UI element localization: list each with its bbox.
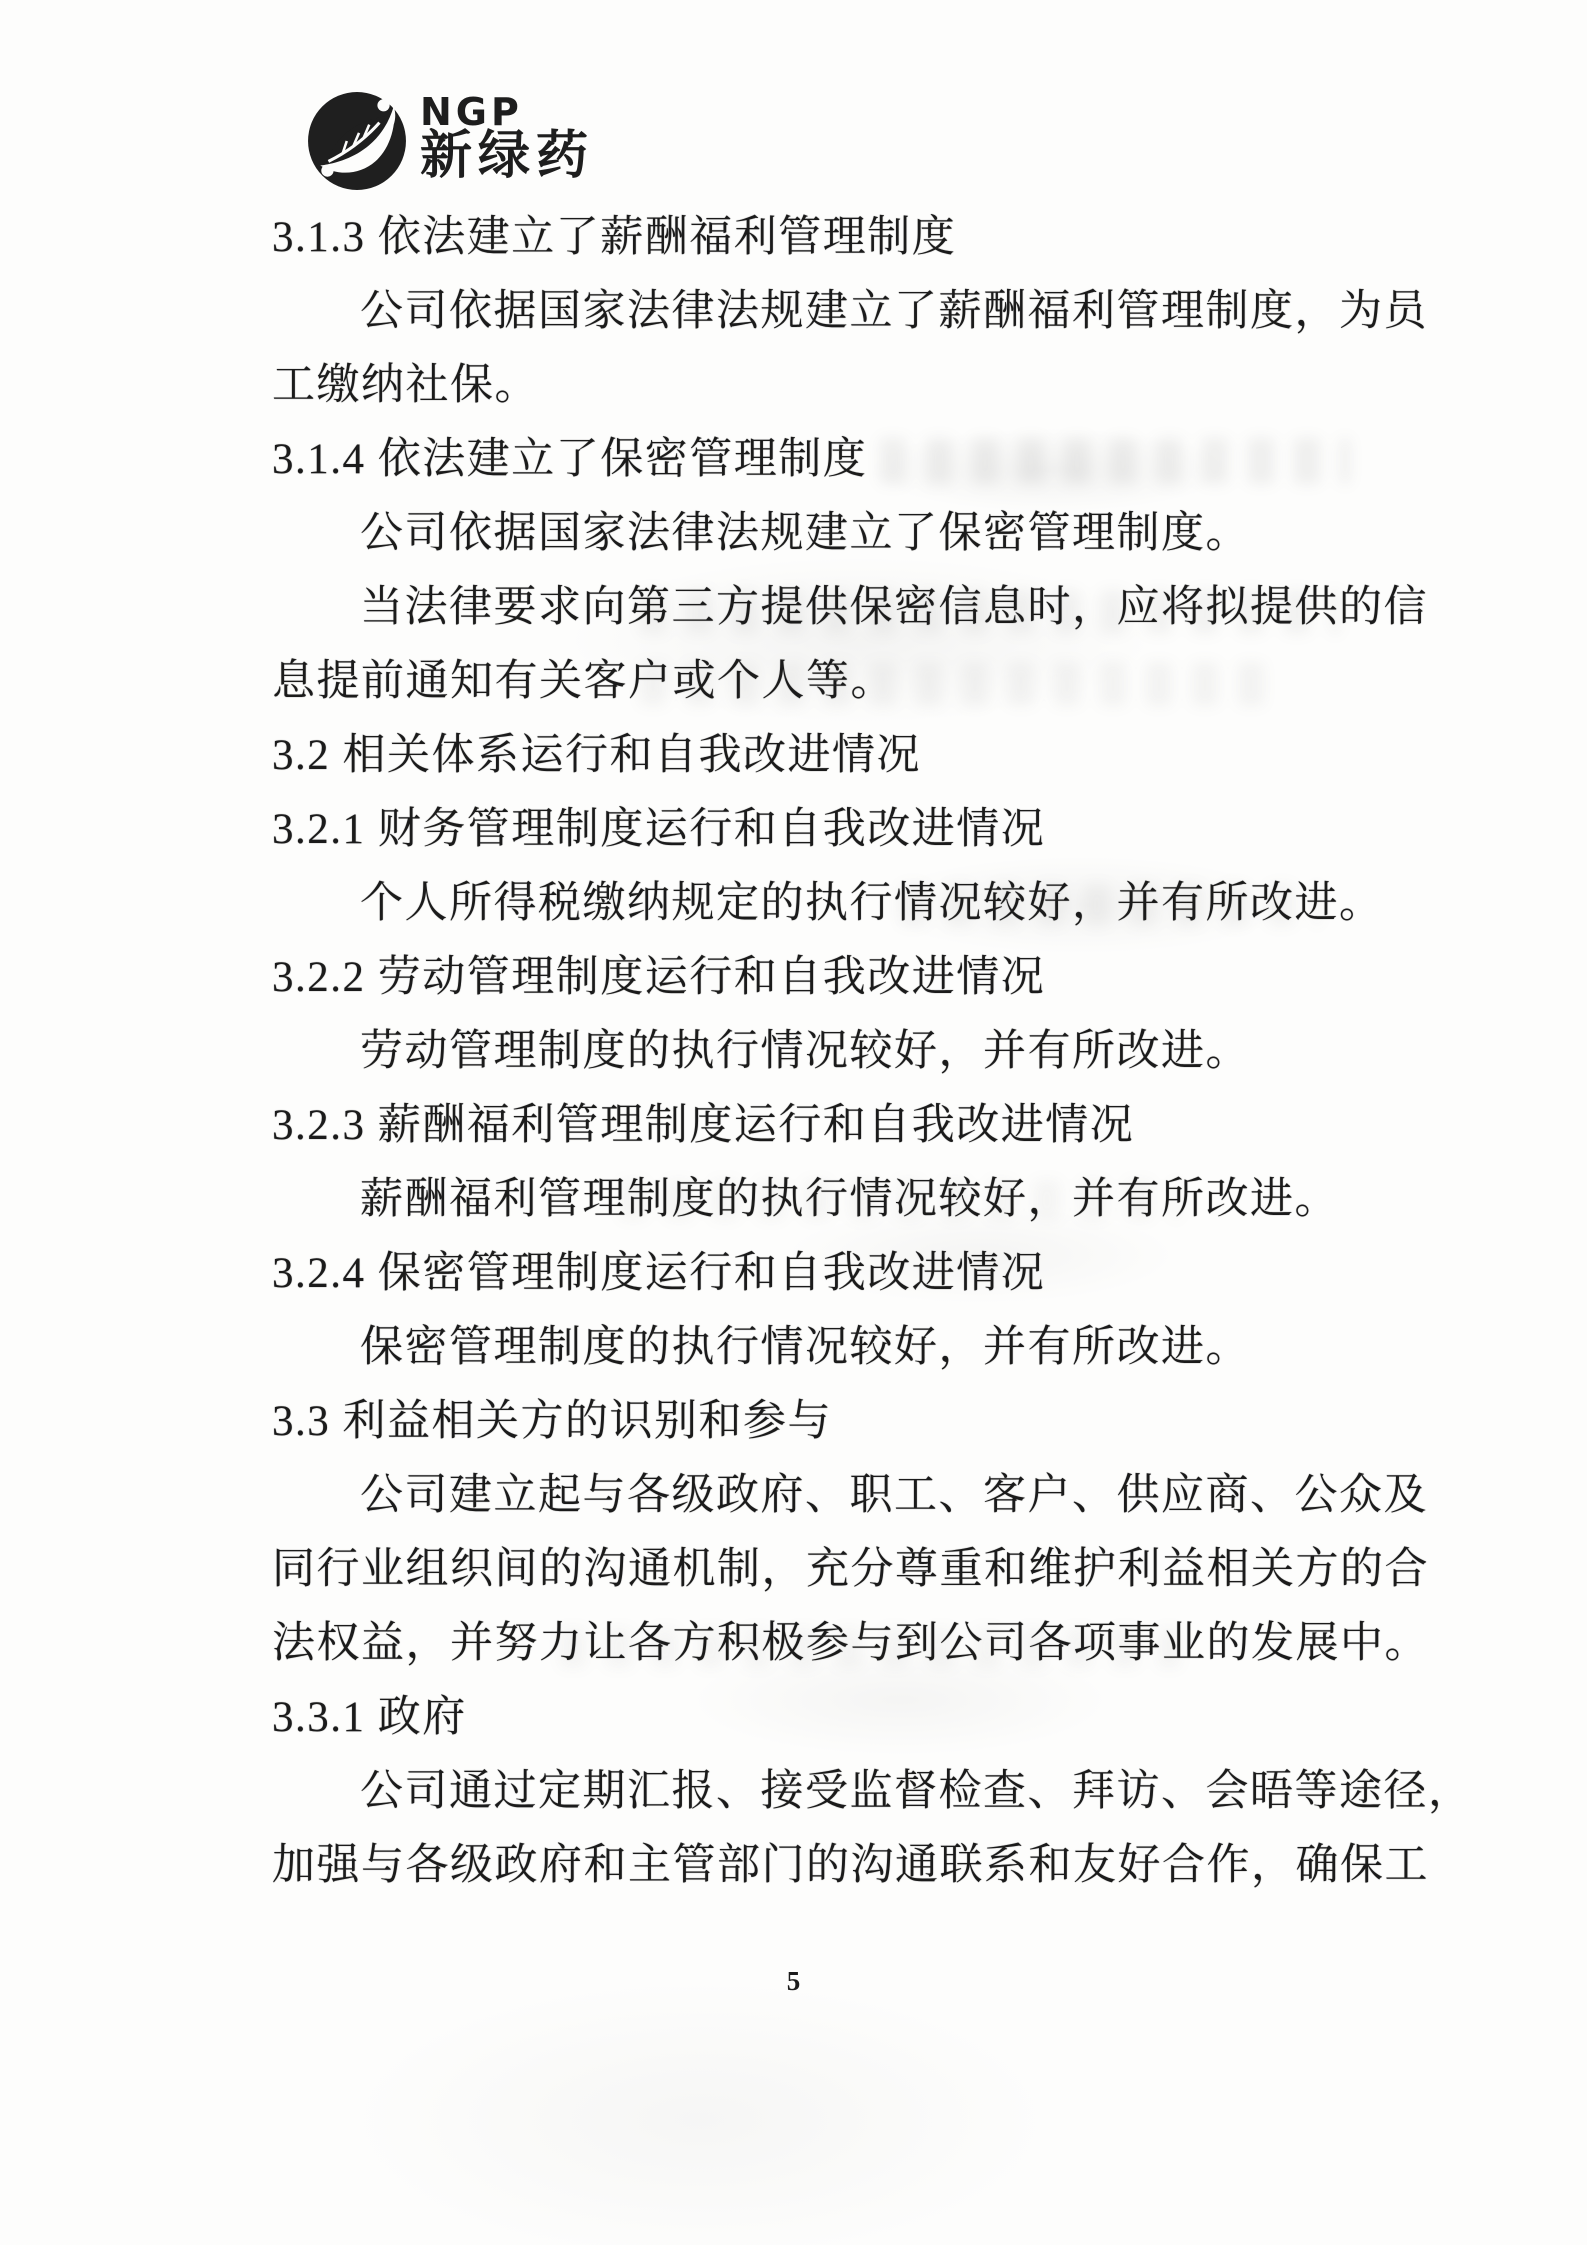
scanned-document-page: NGP 新绿药 3.1.3 依法建立了薪酬福利管理制度公司依据国家法律法规建立了… — [0, 0, 1587, 2245]
body-line: 公司建立起与各级政府、职工、客户、供应商、公众及 — [272, 1454, 1392, 1528]
body-line: 公司通过定期汇报、接受监督检查、拜访、会晤等途径， — [272, 1750, 1392, 1824]
logo-brand-acronym: NGP — [420, 94, 594, 130]
ngp-leaf-logo-icon — [306, 90, 408, 192]
body-line: 劳动管理制度的执行情况较好，并有所改进。 — [272, 1010, 1392, 1084]
heading-line: 3.2.4 保密管理制度运行和自我改进情况 — [272, 1232, 1392, 1306]
body-line: 公司依据国家法律法规建立了保密管理制度。 — [272, 492, 1392, 566]
body-line: 法权益，并努力让各方积极参与到公司各项事业的发展中。 — [272, 1602, 1392, 1676]
document-lines: 3.1.3 依法建立了薪酬福利管理制度公司依据国家法律法规建立了薪酬福利管理制度… — [272, 196, 1392, 1898]
body-line: 当法律要求向第三方提供保密信息时，应将拟提供的信 — [272, 566, 1392, 640]
page-number: 5 — [0, 1966, 1587, 1997]
heading-line: 3.3 利益相关方的识别和参与 — [272, 1380, 1392, 1454]
body-line: 保密管理制度的执行情况较好，并有所改进。 — [272, 1306, 1392, 1380]
heading-line: 3.1.3 依法建立了薪酬福利管理制度 — [272, 196, 1392, 270]
body-line: 同行业组织间的沟通机制，充分尊重和维护利益相关方的合 — [272, 1528, 1392, 1602]
heading-line: 3.2.2 劳动管理制度运行和自我改进情况 — [272, 936, 1392, 1010]
body-line: 工缴纳社保。 — [272, 344, 1392, 418]
heading-line: 3.2 相关体系运行和自我改进情况 — [272, 714, 1392, 788]
heading-line: 3.3.1 政府 — [272, 1676, 1392, 1750]
body-line: 薪酬福利管理制度的执行情况较好，并有所改进。 — [272, 1158, 1392, 1232]
heading-line: 3.2.3 薪酬福利管理制度运行和自我改进情况 — [272, 1084, 1392, 1158]
heading-line: 3.2.1 财务管理制度运行和自我改进情况 — [272, 788, 1392, 862]
body-line: 公司依据国家法律法规建立了薪酬福利管理制度，为员 — [272, 270, 1392, 344]
body-line: 个人所得税缴纳规定的执行情况较好，并有所改进。 — [272, 862, 1392, 936]
logo-brand-name: 新绿药 — [420, 130, 594, 182]
body-line: 加强与各级政府和主管部门的沟通联系和友好合作，确保工 — [272, 1824, 1392, 1898]
body-line: 息提前通知有关客户或个人等。 — [272, 640, 1392, 714]
company-logo: NGP 新绿药 — [306, 90, 594, 192]
heading-line: 3.1.4 依法建立了保密管理制度 — [272, 418, 1392, 492]
